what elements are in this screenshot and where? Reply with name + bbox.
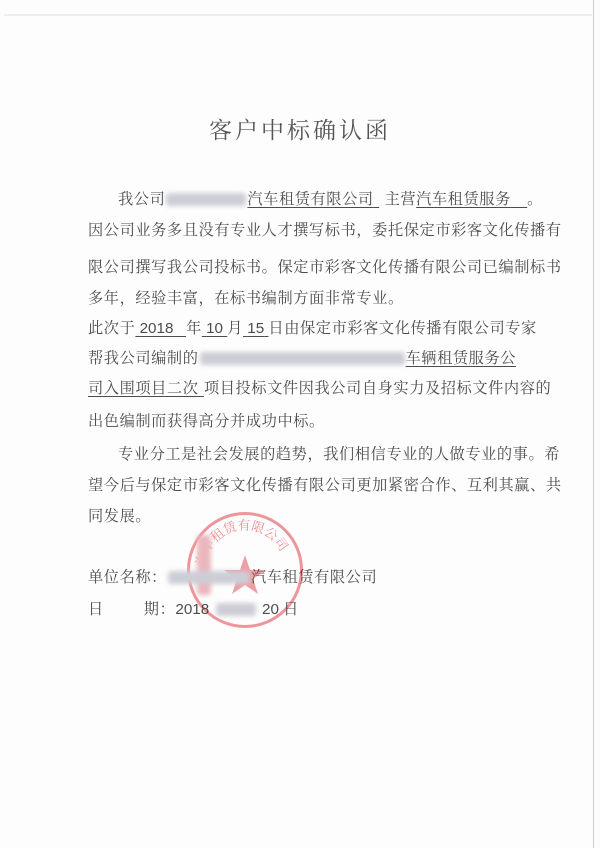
- para1-line2: 因公司业务多且没有专业人才撰写标书，委托保定市彩客文化传播有: [88, 219, 508, 240]
- para1-line1: 我公司汽车租赁有限公司 主营汽车租赁服务 。: [118, 188, 538, 209]
- para3-line1: 专业分工是社会发展的趋势，我们相信专业的人做专业的事。希: [118, 443, 538, 464]
- redacted-date: [216, 603, 256, 616]
- bid-day: 15: [243, 320, 268, 337]
- signature-date: 日期：2018 20 日: [88, 598, 508, 619]
- document-page: 客户中标确认函 我公司汽车租赁有限公司 主营汽车租赁服务 。 因公司业务多且没有…: [0, 0, 594, 848]
- para2-line3: 司入围项目二次 项目投标文件因我公司自身实力及招标文件内容的: [88, 377, 508, 398]
- para2-line2: 帮我公司编制的车辆租赁服务公: [88, 347, 508, 368]
- bid-month: 10: [202, 320, 227, 337]
- business-scope: 汽车租赁服务: [416, 190, 527, 208]
- redacted-text: [168, 571, 250, 584]
- document-title: 客户中标确认函: [0, 112, 600, 145]
- para3-line2: 望今后与保定市彩客文化传播有限公司更加紧密合作、互利其赢、共: [88, 474, 508, 495]
- scan-edge: [4, 14, 592, 16]
- redacted-text: [166, 193, 246, 206]
- para2-line1: 此次于 2018 年 10 月 15 日由保定市彩客文化传播有限公司专家: [88, 317, 508, 338]
- para1-line4: 多年，经验丰富，在标书编制方面非常专业。: [88, 287, 508, 308]
- bid-year: 2018: [135, 320, 186, 337]
- project-name-end: 司入围项目二次: [88, 379, 204, 397]
- para1-line3: 限公司撰写我公司投标书。保定市彩客文化传播有限公司已编制标书: [88, 256, 508, 277]
- redacted-text: [200, 352, 405, 365]
- para2-line4: 出色编制而获得高分并成功中标。: [88, 410, 508, 431]
- signature-unit: 单位名称：汽车租赁有限公司: [88, 566, 508, 587]
- company-name: 汽车租赁有限公司: [165, 190, 379, 208]
- project-name: 车辆租赁服务公: [199, 349, 517, 367]
